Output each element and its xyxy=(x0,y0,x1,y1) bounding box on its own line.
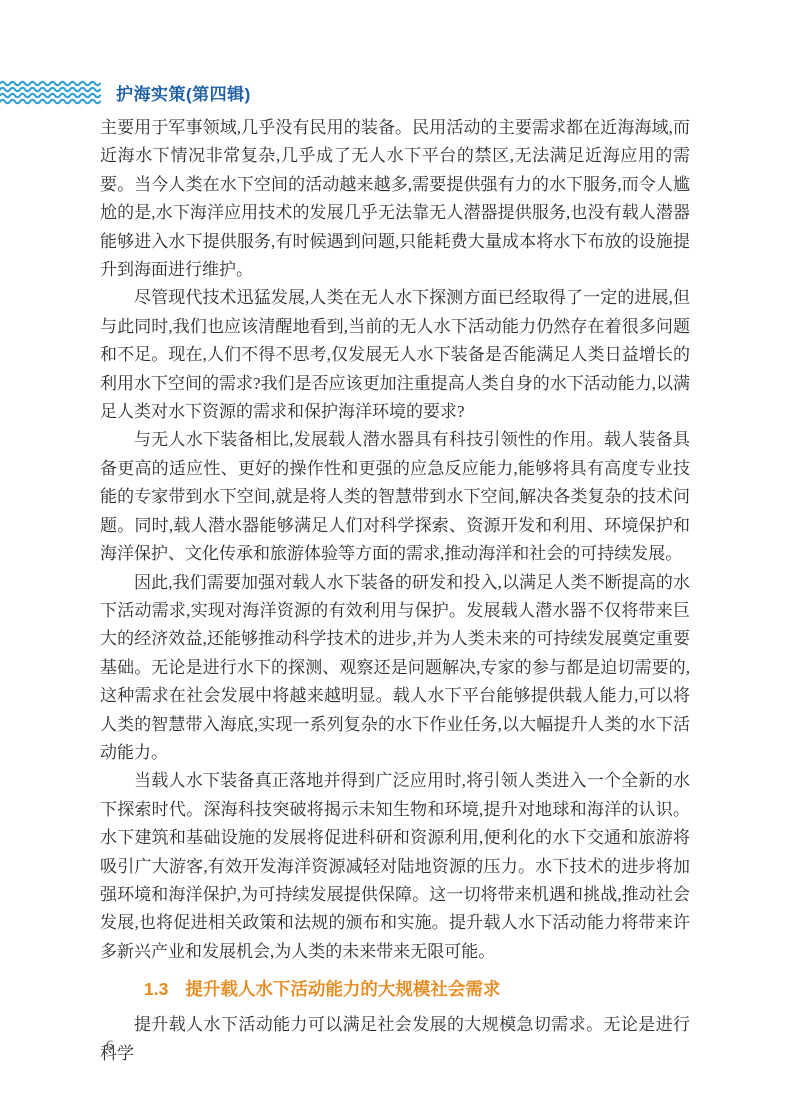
section-number: 1.3 xyxy=(144,979,168,999)
section-title: 提升载人水下活动能力的大规模社会需求 xyxy=(185,979,500,999)
book-page: 护海实策(第四辑) 主要用于军事领域,几乎没有民用的装备。民用活动的主要需求都在… xyxy=(0,0,799,1114)
paragraph: 主要用于军事领域,几乎没有民用的装备。民用活动的主要需求都在近海海域,而近海水下… xyxy=(100,114,690,284)
waves-icon xyxy=(0,80,101,105)
page-content: 主要用于军事领域,几乎没有民用的装备。民用活动的主要需求都在近海海域,而近海水下… xyxy=(100,114,690,1068)
paragraph: 因此,我们需要加强对载人水下装备的研发和投入,以满足人类不断提高的水下活动需求,… xyxy=(100,569,690,768)
page-header: 护海实策(第四辑) xyxy=(0,78,251,106)
paragraph: 尽管现代技术迅猛发展,人类在无人水下探测方面已经取得了一定的进展,但与此同时,我… xyxy=(100,284,690,426)
book-title: 护海实策(第四辑) xyxy=(116,80,251,105)
paragraph: 与无人水下装备相比,发展载人潜水器具有科技引领性的作用。载人装备具备更高的适应性… xyxy=(100,426,690,568)
paragraph: 提升载人水下活动能力可以满足社会发展的大规模急切需求。无论是进行科学 xyxy=(100,1011,690,1068)
paragraph: 当载人水下装备真正落地并得到广泛应用时,将引领人类进入一个全新的水下探索时代。深… xyxy=(100,767,690,966)
section-heading: 1.3提升载人水下活动能力的大规模社会需求 xyxy=(100,975,690,1003)
page-number: 6 xyxy=(106,1038,114,1055)
